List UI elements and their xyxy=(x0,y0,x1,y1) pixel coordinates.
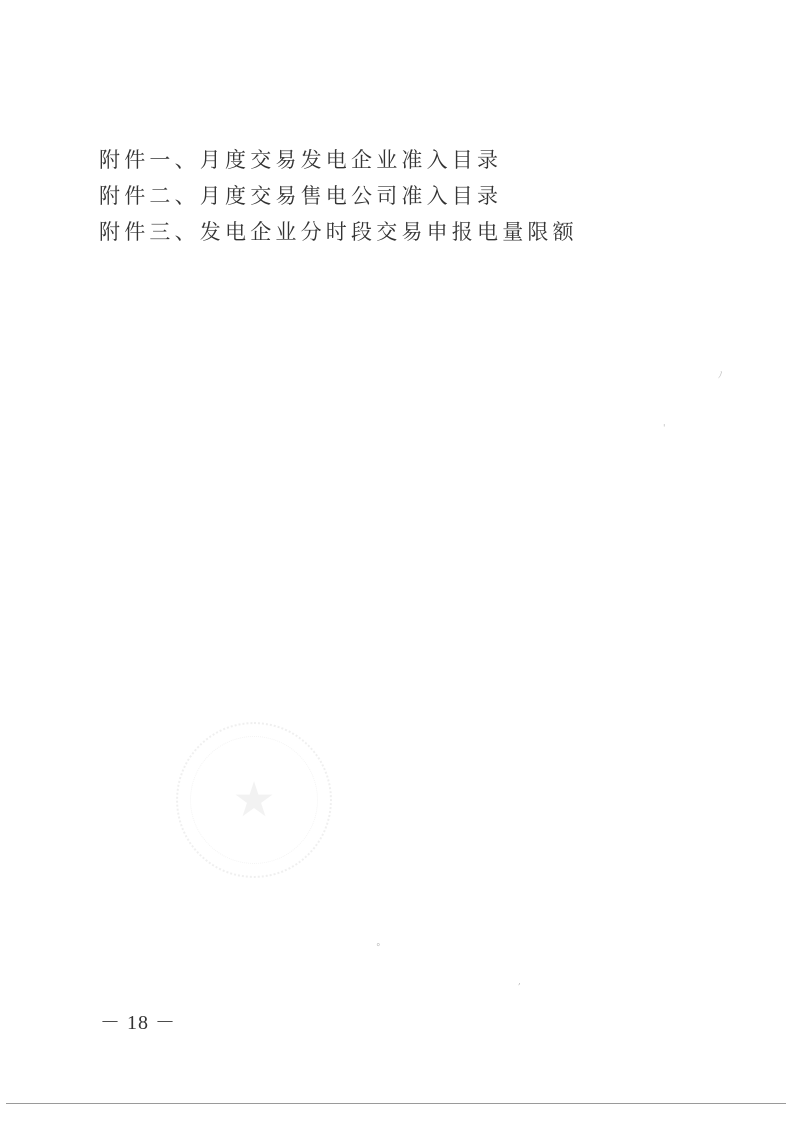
star-icon: ★ xyxy=(232,776,275,824)
page-number: － 18 － xyxy=(100,1006,176,1035)
scan-artifact: ' xyxy=(663,425,665,434)
scan-artifact: ﾉ xyxy=(718,372,723,381)
scan-artifact: ° xyxy=(376,944,381,953)
scan-artifact: , xyxy=(518,978,521,987)
official-seal: ★ xyxy=(176,722,332,878)
attachment-list: 附件一、月度交易发电企业准入目录 附件二、月度交易售电公司准入目录 附件三、发电… xyxy=(99,142,578,250)
attachment-item-1: 附件一、月度交易发电企业准入目录 xyxy=(99,142,578,178)
attachment-item-2: 附件二、月度交易售电公司准入目录 xyxy=(99,178,578,214)
attachment-item-3: 附件三、发电企业分时段交易申报电量限额 xyxy=(99,214,578,250)
document-page: 附件一、月度交易发电企业准入目录 附件二、月度交易售电公司准入目录 附件三、发电… xyxy=(0,0,794,1123)
footer-divider xyxy=(6,1103,786,1104)
